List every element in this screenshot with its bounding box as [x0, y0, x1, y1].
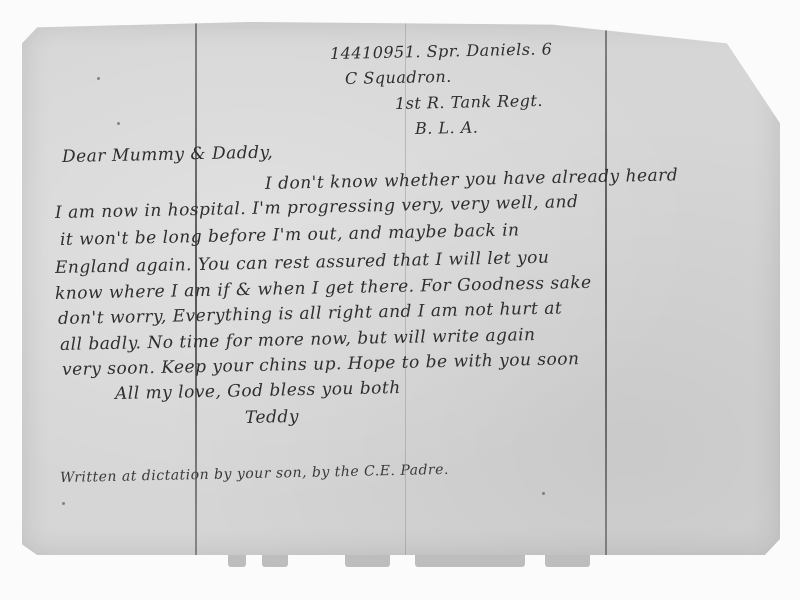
torn-edge	[228, 555, 246, 567]
address-line-squadron: C Squadron.	[345, 67, 452, 88]
paper-speck	[97, 77, 100, 80]
paper-speck	[542, 492, 545, 495]
address-line-bla: B. L. A.	[415, 118, 479, 138]
torn-edge	[545, 555, 590, 567]
paper-speck	[62, 502, 65, 505]
torn-edge	[262, 555, 288, 567]
signature: Teddy	[245, 407, 299, 428]
torn-edge	[345, 555, 390, 567]
fold-line-right	[605, 22, 607, 555]
paper-speck	[117, 122, 120, 125]
torn-edge	[415, 555, 525, 567]
address-line-regiment: 1st R. Tank Regt.	[395, 91, 543, 113]
